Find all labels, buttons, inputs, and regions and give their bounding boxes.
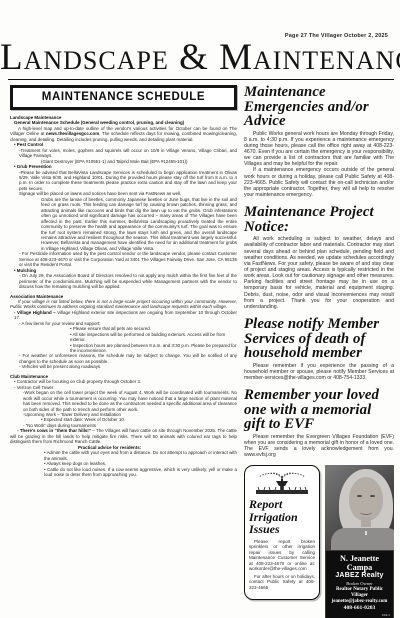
article-member-services: Please notify Member Services of death o… xyxy=(244,317,394,381)
review-bullet-hours: • Inspection hours are planned between 8… xyxy=(10,343,237,354)
section-masthead: Landscape & Maintenance xyxy=(0,40,400,76)
article-paragraph: Public Works general work hours are Mond… xyxy=(244,131,394,168)
article-heading: Maintenance Project Notice: xyxy=(244,205,394,234)
realtor-credentials: Realtor Notary Public Villager xyxy=(327,587,392,599)
schedule-intro-paragraph: A high-level map and up-to-date outline … xyxy=(10,126,237,142)
article-heading: Remember your loved one with a memorial … xyxy=(244,388,394,432)
realtor-info-panel: N. Jeanette Campa JABEZ Realty Broker Ow… xyxy=(325,550,394,618)
pest-control-item: -Treatment for voles, moles, gophers and… xyxy=(10,148,237,159)
article-paragraph: If a maintenance emergency occurs outsid… xyxy=(244,167,394,198)
realtor-ad: N. Jeanette Campa JABEZ Realty Broker Ow… xyxy=(325,465,394,618)
realtor-company: JABEZ Realty xyxy=(327,572,392,581)
realtor-photo xyxy=(325,465,394,550)
vehicles-note: - Vehicles will be present along roadway… xyxy=(10,364,237,369)
bottom-row: Report Irrigation Issues Please report b… xyxy=(244,465,394,618)
sprinkler-icon xyxy=(254,470,310,496)
photo-necklace-shape xyxy=(365,531,367,535)
article-memorial-gift: Remember your loved one with a memorial … xyxy=(244,388,394,458)
photo-neck-shape xyxy=(361,517,371,527)
cell-tower-detail: -Work began on the cell tower project th… xyxy=(10,390,237,412)
weather-note: - For weather or unforeseen reasons, the… xyxy=(10,353,237,364)
village-highland-item: - Village Highland – Village Highland ex… xyxy=(10,310,237,321)
photo-shoulders-shape xyxy=(331,528,394,550)
article-heading: Maintenance Emergencies and/or Advice xyxy=(244,85,394,129)
maintenance-schedule-title-box: MAINTENANCE SCHEDULE xyxy=(10,85,237,110)
grub-explainer: Grubs are the larvae of beetles, commonl… xyxy=(10,197,237,252)
articles-column: Maintenance Emergencies and/or Advice Pu… xyxy=(244,85,394,618)
newspaper-page: Page 27 The Villager October 2, 2025 Lan… xyxy=(0,0,400,618)
report-irrigation-box: Report Irrigation Issues Please report b… xyxy=(244,465,320,600)
pesticide-info-note: - For Pesticide information used by the … xyxy=(10,251,237,267)
realtor-phone: 408-661-0203 xyxy=(327,605,392,612)
irrigation-paragraph: For after hours or on holidays, contact … xyxy=(249,574,315,591)
columns: MAINTENANCE SCHEDULE Landscape Maintenan… xyxy=(10,85,394,618)
article-paragraph: Please remember if you experience the pa… xyxy=(244,363,394,381)
cattle-bullet-admire: • Admire the cattle with your eyes and f… xyxy=(10,450,237,461)
irrigation-paragraph: Please report broken sprinklers or other… xyxy=(249,539,315,572)
realtor-license: DRE # xyxy=(327,613,392,617)
article-paragraph: All work scheduling is subject to weathe… xyxy=(244,236,394,310)
association-intro: If your village is not listed below, the… xyxy=(10,299,237,310)
review-bullet-exteriors: • All site inspections will be performed… xyxy=(10,332,237,343)
cows-notice: - There's cows in “them thar hills!” – T… xyxy=(10,428,237,444)
irrigation-heading: Report Irrigation Issues xyxy=(249,498,315,536)
realtor-name: N. Jeanette Campa xyxy=(327,554,392,572)
cattle-bullet-noise: • Cattle do not like loud noises. If a c… xyxy=(10,467,237,478)
masthead-rule xyxy=(8,79,394,80)
maintenance-schedule-column: MAINTENANCE SCHEDULE Landscape Maintenan… xyxy=(10,85,237,618)
mulching-item: - On July 29, the Association Board of D… xyxy=(10,273,237,289)
article-heading: Please notify Member Services of death o… xyxy=(244,317,394,361)
grub-item-1: -Please be advised that BellaVista Lands… xyxy=(10,170,237,192)
article-project-notice: Maintenance Project Notice: All work sch… xyxy=(244,205,394,310)
article-paragraph: Please remember the Evergreen Villages F… xyxy=(244,434,394,459)
article-maintenance-emergencies: Maintenance Emergencies and/or Advice Pu… xyxy=(244,85,394,198)
